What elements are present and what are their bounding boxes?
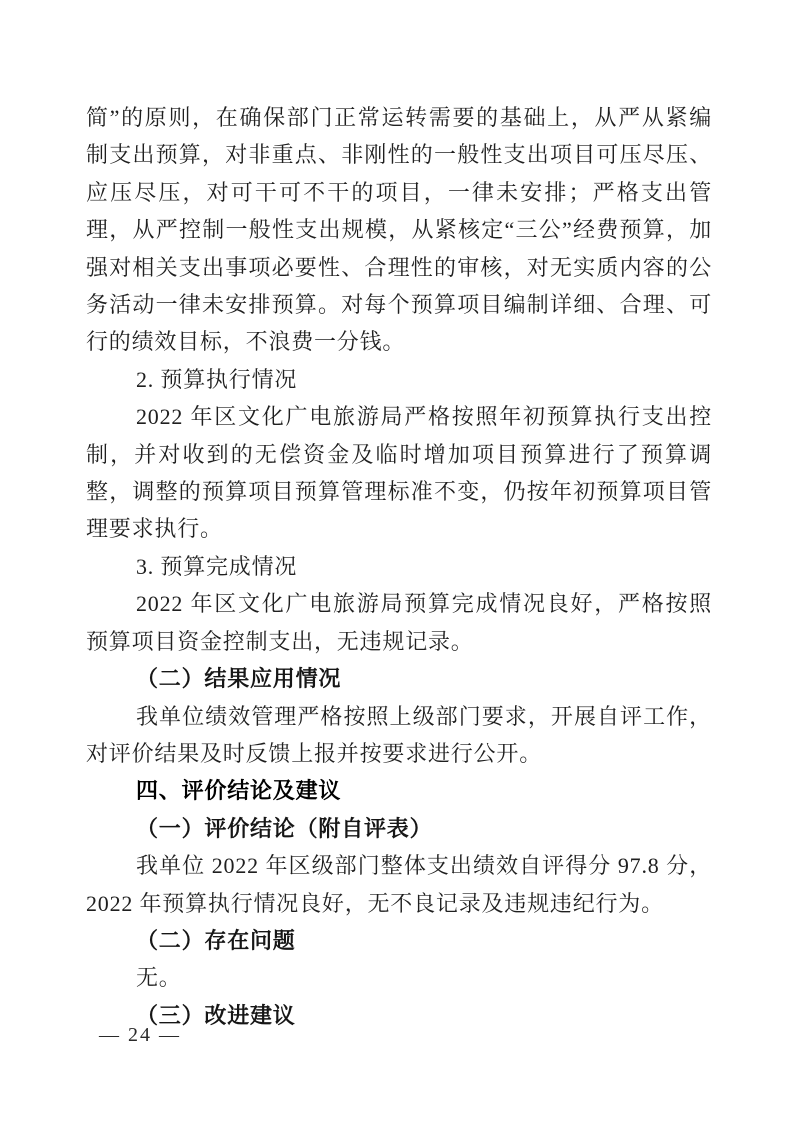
page-number: — 24 — <box>99 1024 181 1047</box>
subheading-result-application: （二）结果应用情况 <box>86 660 712 697</box>
subheading-existing-problems: （二）存在问题 <box>86 922 712 959</box>
paragraph-budget-execution-detail: 2022 年区文化广电旅游局严格按照年初预算执行支出控制，并对收到的无偿资金及临… <box>86 398 712 548</box>
document-page: 简”的原则，在确保部门正常运转需要的基础上，从严从紧编制支出预算，对非重点、非刚… <box>0 0 793 1122</box>
paragraph-result-application-detail: 我单位绩效管理严格按照上级部门要求，开展自评工作，对评价结果及时反馈上报并按要求… <box>86 698 712 773</box>
subheading-evaluation-conclusion: （一）评价结论（附自评表） <box>86 810 712 847</box>
section-heading-conclusion-and-suggestions: 四、评价结论及建议 <box>86 772 712 809</box>
paragraph-existing-problems-none: 无。 <box>86 959 712 996</box>
paragraph-budget-compilation-continuation: 简”的原则，在确保部门正常运转需要的基础上，从严从紧编制支出预算，对非重点、非刚… <box>86 99 712 361</box>
subheading-budget-execution: 2. 预算执行情况 <box>86 361 712 398</box>
page-body: 简”的原则，在确保部门正常运转需要的基础上，从严从紧编制支出预算，对非重点、非刚… <box>86 99 712 1034</box>
subheading-budget-completion: 3. 预算完成情况 <box>86 548 712 585</box>
paragraph-budget-completion-detail: 2022 年区文化广电旅游局预算完成情况良好，严格按照预算项目资金控制支出，无违… <box>86 585 712 660</box>
paragraph-self-evaluation-score: 我单位 2022 年区级部门整体支出绩效自评得分 97.8 分，2022 年预算… <box>86 847 712 922</box>
